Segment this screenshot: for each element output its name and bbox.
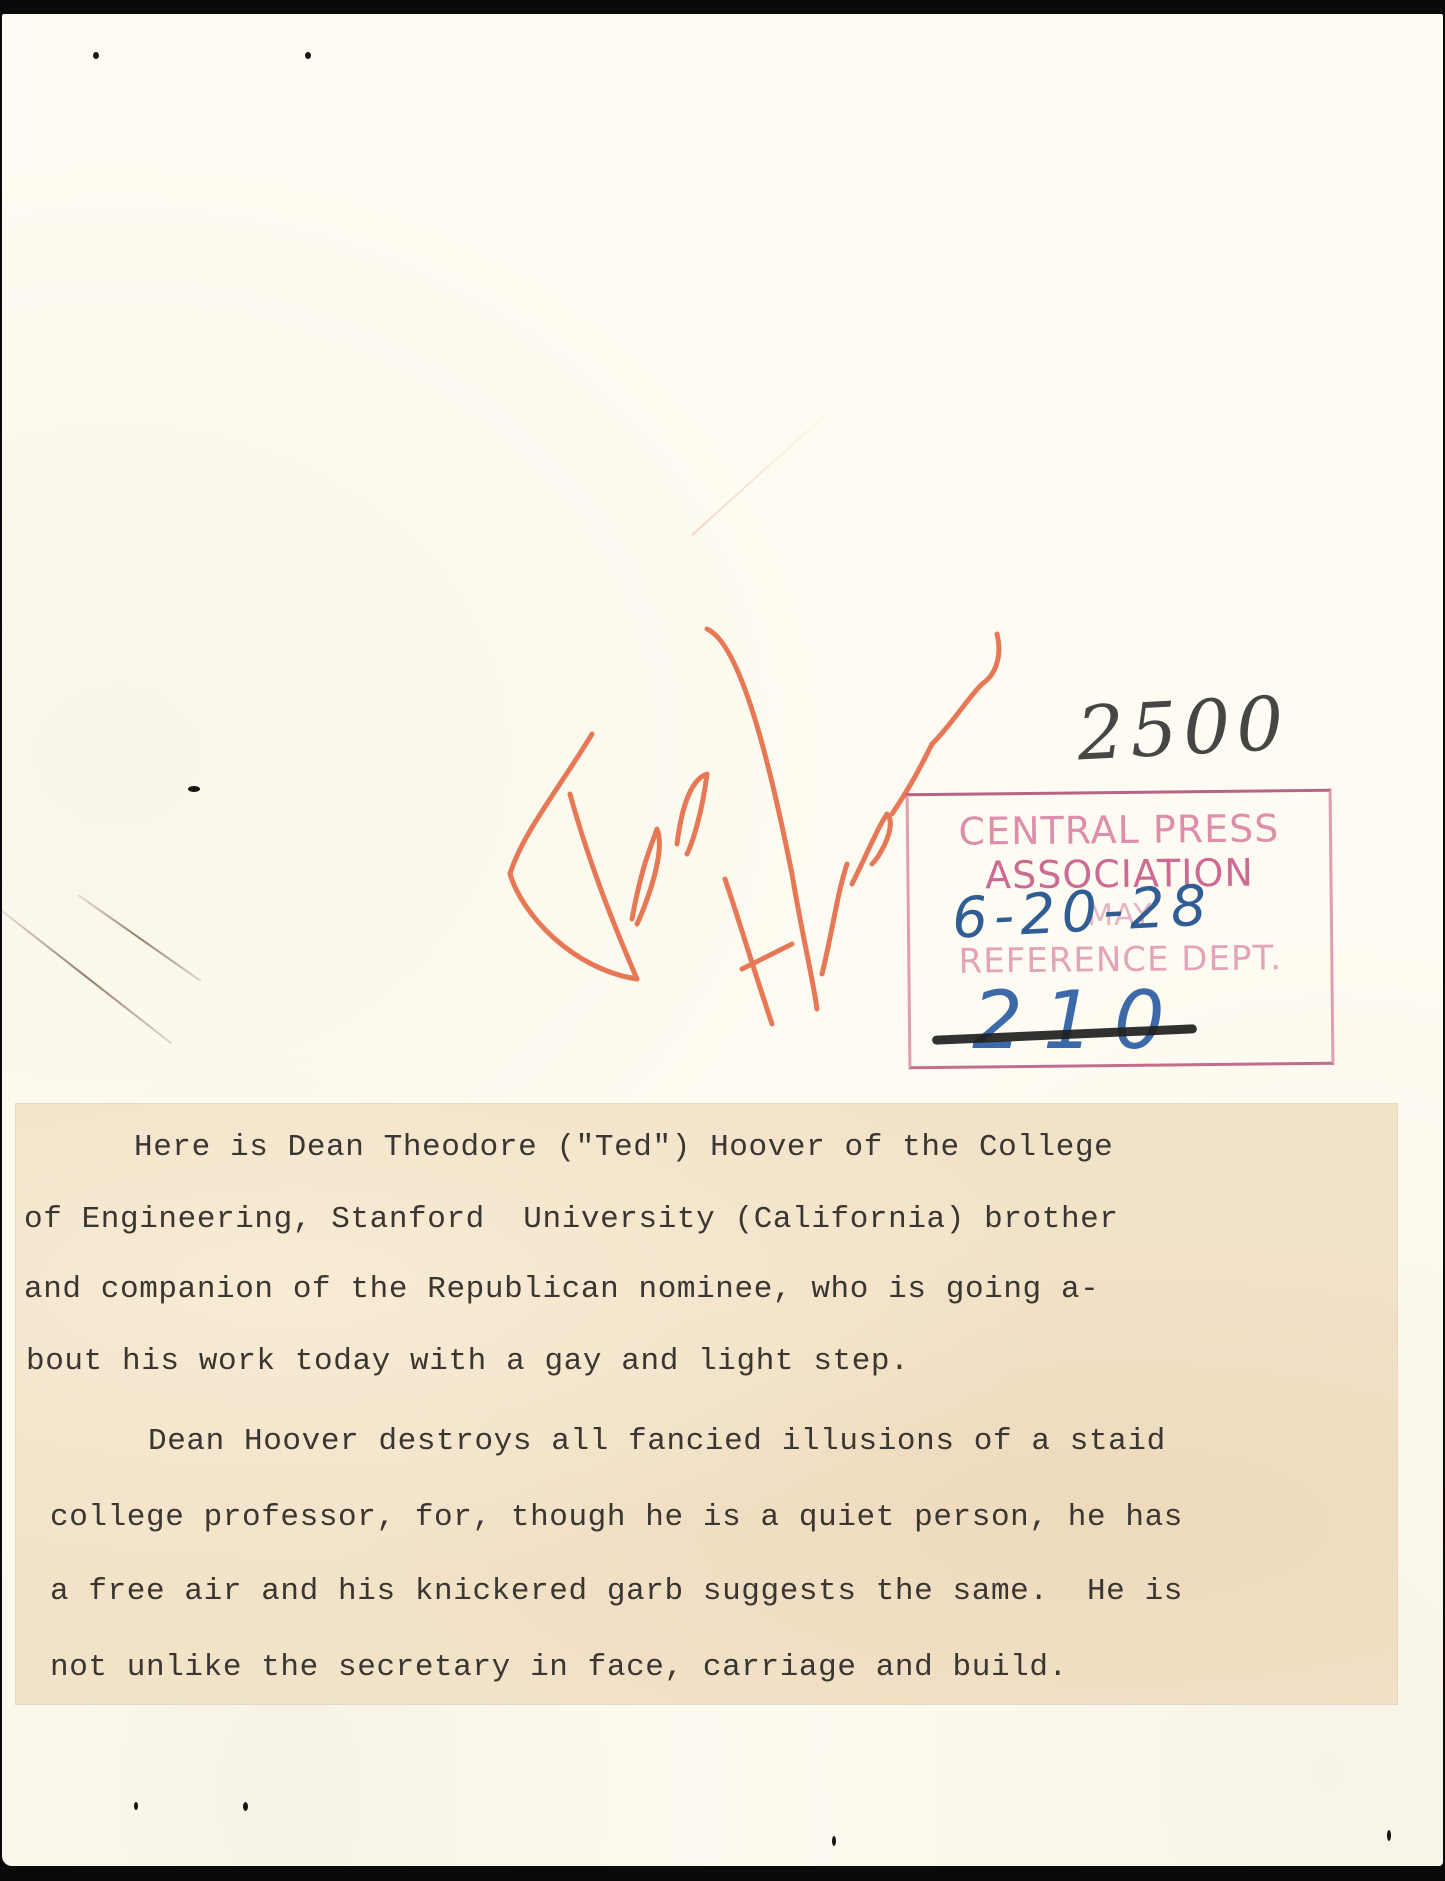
ink-spot — [188, 786, 200, 792]
pin-hole — [243, 1802, 248, 1811]
pin-hole — [1387, 1830, 1391, 1841]
caption-line: not unlike the secretary in face, carria… — [50, 1648, 1068, 1688]
crease-line — [691, 414, 826, 536]
photo-back-sheet: Ted Hoover 2500 CENTRAL PRESS ASSOCIATIO… — [2, 14, 1443, 1866]
caption-line: Here is Dean Theodore ("Ted") Hoover of … — [38, 1128, 1113, 1168]
pin-hole — [134, 1802, 138, 1810]
caption-line: a free air and his knickered garb sugges… — [50, 1572, 1183, 1612]
crease-line — [77, 894, 201, 982]
handwritten-date: 6-20-28 — [950, 873, 1214, 952]
pin-hole — [305, 52, 311, 59]
caption-line: of Engineering, Stanford University (Cal… — [24, 1200, 1119, 1240]
crease-line — [1, 910, 172, 1044]
caption-line: and companion of the Republican nominee,… — [24, 1270, 1099, 1310]
stamp-line-org: CENTRAL PRESS — [909, 806, 1329, 854]
caption-line: Dean Hoover destroys all fancied illusio… — [52, 1422, 1166, 1462]
typed-caption: Here is Dean Theodore ("Ted") Hoover of … — [16, 1104, 1397, 1704]
struck-number: 210 — [972, 974, 1185, 1067]
pin-hole — [93, 52, 99, 59]
caption-line: college professor, for, though he is a q… — [50, 1498, 1183, 1538]
caption-line: bout his work today with a gay and light… — [26, 1342, 909, 1382]
pin-hole — [832, 1836, 836, 1846]
pencil-number: 2500 — [1075, 681, 1292, 778]
